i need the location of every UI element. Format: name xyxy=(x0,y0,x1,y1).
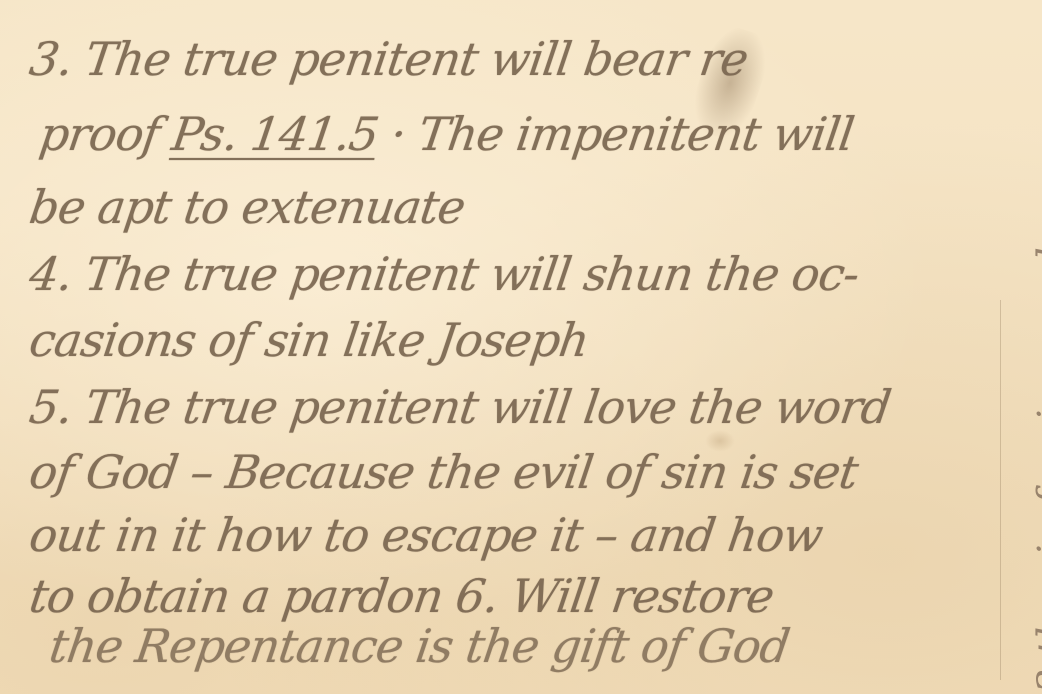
scripture-reference: Ps. 141.5 xyxy=(169,107,382,161)
line-text: proof xyxy=(36,107,176,161)
line-text: The true penitent will love the word xyxy=(82,380,894,434)
item-number: 4. xyxy=(26,247,75,301)
manuscript-line: 5. The true penitent will love the word xyxy=(25,374,984,440)
margin-note-vertical: 3 the sin forgiveness be xyxy=(1030,0,1042,694)
line-text: casions of sin like Joseph xyxy=(26,313,592,367)
line-text: The true penitent will shun the oc- xyxy=(82,247,862,301)
manuscript-line: casions of sin like Joseph xyxy=(25,306,985,374)
item-number: 5. xyxy=(26,380,75,434)
manuscript-line: to obtain a pardon 6. Will restore xyxy=(26,566,984,626)
line-text: out in it how to escape it – and how xyxy=(26,508,825,562)
manuscript-text-body: 3. The true penitent will bear re proof … xyxy=(30,22,980,666)
manuscript-line: out in it how to escape it – and how xyxy=(26,504,985,566)
item-number: 3. xyxy=(26,32,75,86)
manuscript-line-partial: the Repentance is the gift of God xyxy=(47,626,983,666)
line-text: the Repentance is the gift of God xyxy=(46,619,792,673)
line-text: · The impenitent will xyxy=(388,107,857,161)
line-text: of God – Because the evil of sin is set xyxy=(26,445,861,499)
margin-fold-line xyxy=(1000,300,1001,680)
manuscript-line: proof Ps. 141.5 · The impenitent will xyxy=(35,97,986,172)
line-text: to obtain a pardon 6. Will restore xyxy=(26,569,777,623)
manuscript-line: 4. The true penitent will shun the oc- xyxy=(26,242,985,306)
manuscript-page: 3. The true penitent will bear re proof … xyxy=(0,0,1042,694)
manuscript-line: 3. The true penitent will bear re xyxy=(25,22,986,97)
manuscript-line: of God – Because the evil of sin is set xyxy=(26,440,985,504)
line-text: The true penitent will bear re xyxy=(82,32,751,86)
manuscript-line: be apt to extenuate xyxy=(25,172,985,242)
line-text: be apt to extenuate xyxy=(26,180,468,234)
